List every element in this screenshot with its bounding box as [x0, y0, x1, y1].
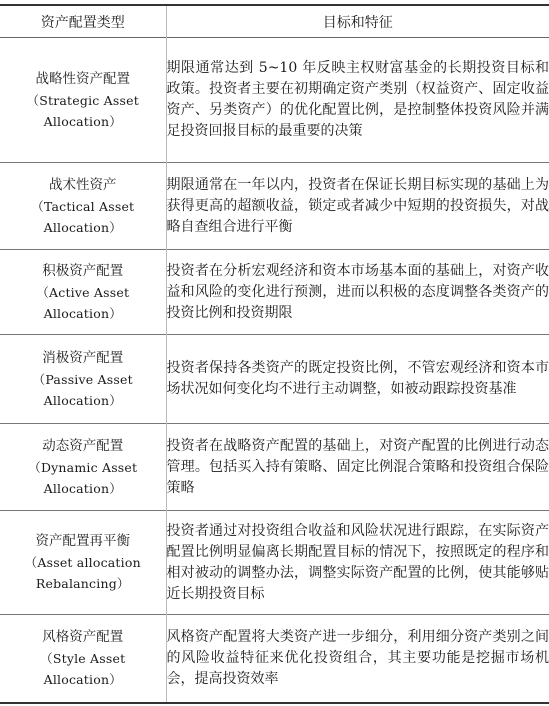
table-row-tactical: 战术性资产 （Tactical Asset Allocation） 期限通常在一…: [0, 163, 549, 250]
type-cn: 风格资产配置: [0, 627, 166, 648]
type-cn: 战术性资产: [0, 175, 166, 196]
type-cell: 战术性资产 （Tactical Asset Allocation）: [0, 163, 166, 250]
type-en: Rebalancing）: [0, 573, 166, 594]
type-en: （Dynamic Asset: [0, 457, 166, 478]
table-row-dynamic: 动态资产配置 （Dynamic Asset Allocation） 投资者在战略…: [0, 424, 549, 511]
description-cell: 期限通常在一年以内，投资者在保证长期目标实现的基础上为获得更高的超额收益，锁定或…: [166, 163, 549, 250]
table-row-rebalancing: 资产配置再平衡 （Asset allocation Rebalancing） 投…: [0, 511, 549, 615]
description-cell: 投资者在战略资产配置的基础上，对资产配置的比例进行动态管理。包括买入持有策略、固…: [166, 424, 549, 511]
table-row-active: 积极资产配置 （Active Asset Allocation） 投资者在分析宏…: [0, 250, 549, 335]
type-cn: 消极资产配置: [0, 348, 166, 369]
description-cell: 风格资产配置将大类资产进一步细分，利用细分资产类别之间的风险收益特征来优化投资组…: [166, 615, 549, 703]
type-en: （Strategic Asset: [0, 90, 166, 111]
header-row: 资产配置类型 目标和特征: [0, 5, 549, 38]
type-en: Allocation）: [0, 111, 166, 132]
type-en: （Tactical Asset: [0, 196, 166, 217]
asset-allocation-table: 资产配置类型 目标和特征 战略性资产配置 （Strategic Asset Al…: [0, 4, 549, 704]
type-cn: 战略性资产配置: [0, 69, 166, 90]
description-cell: 投资者保持各类资产的既定投资比例，不管宏观经济和资本市场状况如何变化均不进行主动…: [166, 335, 549, 424]
type-cell: 资产配置再平衡 （Asset allocation Rebalancing）: [0, 511, 166, 615]
type-cell: 风格资产配置 （Style Asset Allocation）: [0, 615, 166, 703]
type-en: （Passive Asset: [0, 369, 166, 390]
type-en: Allocation）: [0, 669, 166, 690]
type-en: （Style Asset: [0, 648, 166, 669]
type-cn: 积极资产配置: [0, 261, 166, 282]
type-cn: 动态资产配置: [0, 436, 166, 457]
type-en: Allocation）: [0, 478, 166, 499]
type-en: （Active Asset: [0, 282, 166, 303]
description-cell: 投资者通过对投资组合收益和风险状况进行跟踪，在实际资产配置比例明显偏离长期配置目…: [166, 511, 549, 615]
type-cell: 消极资产配置 （Passive Asset Allocation）: [0, 335, 166, 424]
type-cell: 积极资产配置 （Active Asset Allocation）: [0, 250, 166, 335]
type-en: （Asset allocation: [0, 552, 166, 573]
type-en: Allocation）: [0, 217, 166, 238]
header-type: 资产配置类型: [0, 5, 166, 38]
table-row-strategic: 战略性资产配置 （Strategic Asset Allocation） 期限通…: [0, 38, 549, 163]
type-cell: 动态资产配置 （Dynamic Asset Allocation）: [0, 424, 166, 511]
type-cn: 资产配置再平衡: [0, 531, 166, 552]
description-cell: 期限通常达到 5~10 年反映主权财富基金的长期投资目标和政策。投资者主要在初期…: [166, 38, 549, 163]
description-cell: 投资者在分析宏观经济和资本市场基本面的基础上，对资产收益和风险的变化进行预测，进…: [166, 250, 549, 335]
table-row-style: 风格资产配置 （Style Asset Allocation） 风格资产配置将大…: [0, 615, 549, 703]
table-row-passive: 消极资产配置 （Passive Asset Allocation） 投资者保持各…: [0, 335, 549, 424]
header-goals: 目标和特征: [166, 5, 549, 38]
type-en: Allocation）: [0, 303, 166, 324]
type-en: Allocation）: [0, 390, 166, 411]
type-cell: 战略性资产配置 （Strategic Asset Allocation）: [0, 38, 166, 163]
